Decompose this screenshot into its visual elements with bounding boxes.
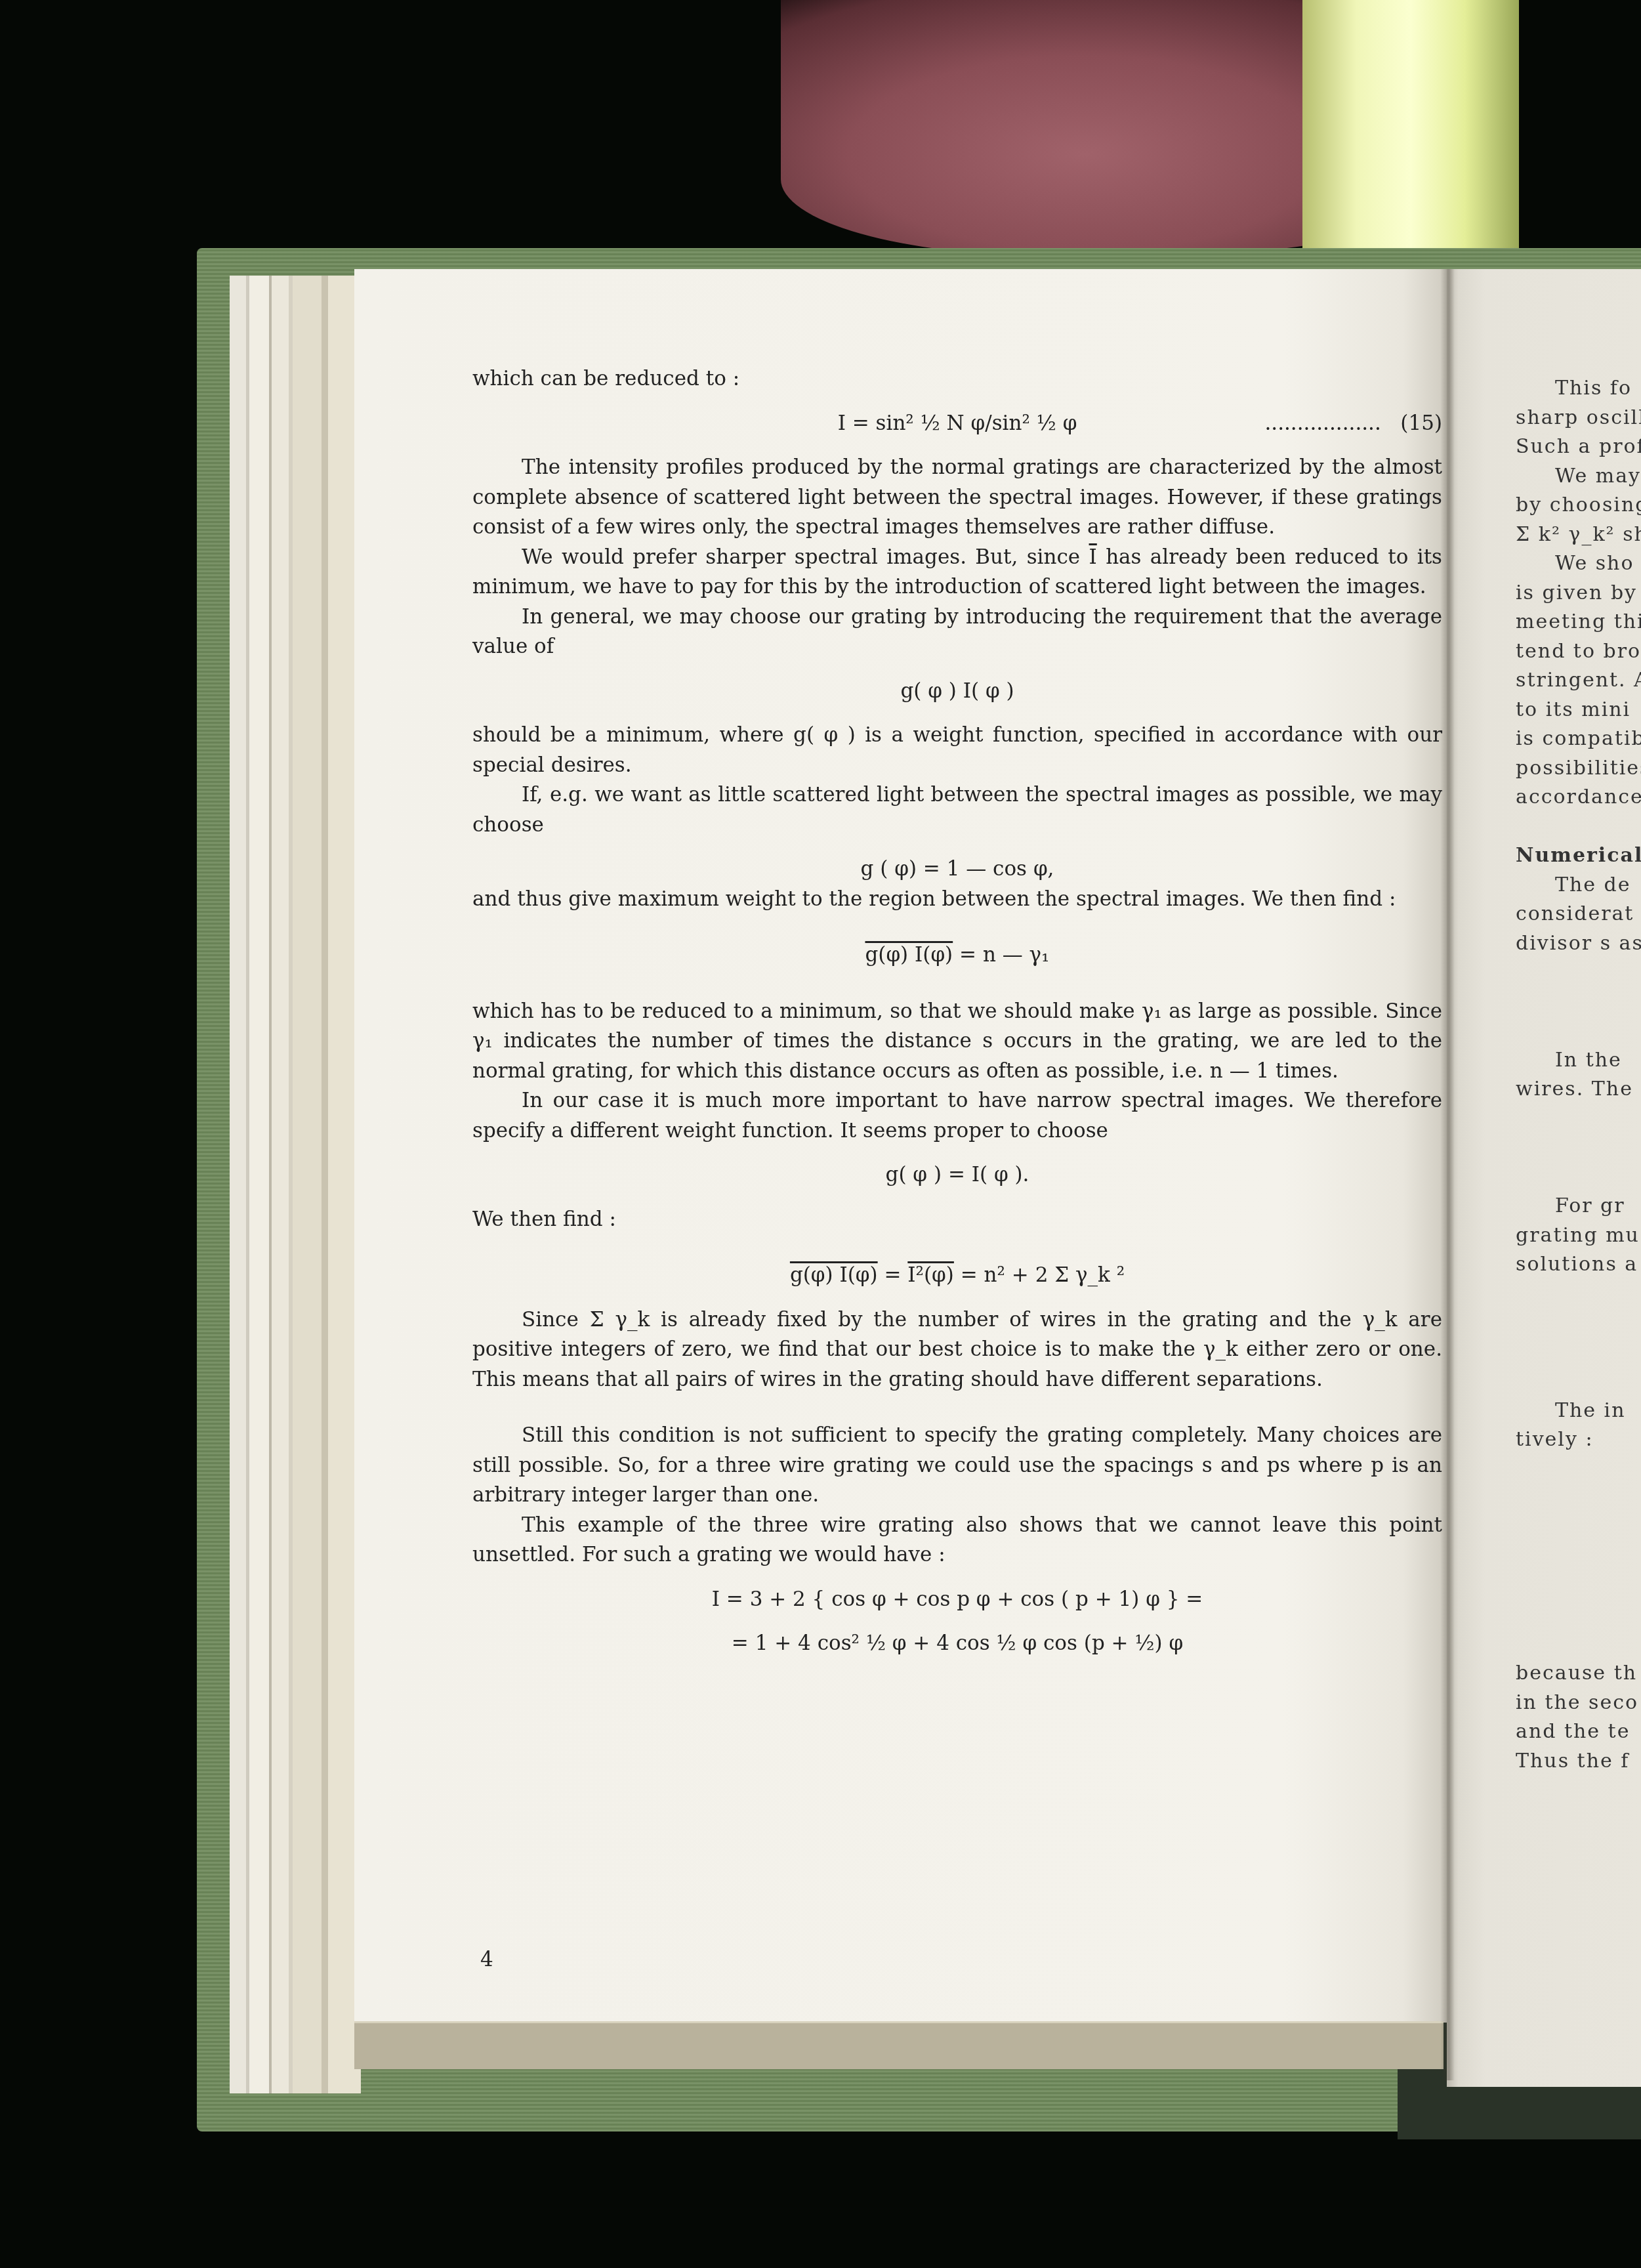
right-page-line: This fo [1516,374,1641,404]
right-page-line [1516,1455,1641,1484]
paragraph: which can be reduced to : [472,364,1442,394]
right-page-line: is compatib [1516,724,1641,754]
paragraph: and thus give maximum weight to the regi… [472,885,1442,915]
paragraph: We then find : [472,1205,1442,1235]
right-page-line [1516,1163,1641,1192]
right-page-line: Thus the f [1516,1747,1641,1776]
page-number: 4 [480,1948,493,1971]
right-page-line: because th [1516,1659,1641,1689]
right-page-line: Numerical [1516,841,1641,871]
right-page-line: stringent. A [1516,666,1641,696]
right-page-line: solutions a [1516,1250,1641,1280]
right-page-line: For gr [1516,1192,1641,1221]
right-page-line [1516,988,1641,1017]
right-page-line: meeting thi [1516,608,1641,637]
right-page-line: wires. The [1516,1075,1641,1104]
right-page-line: sharp oscill [1516,404,1641,433]
right-page-line: to its mini [1516,696,1641,725]
paragraph: The intensity profiles produced by the n… [472,453,1442,543]
right-page-line: The de [1516,871,1641,900]
equation: = 1 + 4 cos² ½ φ + 4 cos ½ φ cos (p + ½)… [472,1629,1442,1659]
right-page-line [1516,1601,1641,1630]
equation: g ( φ) = 1 — cos φ, [472,854,1442,885]
equation-15: I = sin² ½ N φ/sin² ½ φ ................… [472,409,1442,439]
equation-number: .................. (15) [1264,409,1442,439]
right-page-line [1516,812,1641,842]
right-page-line [1516,1017,1641,1046]
paragraph: We would prefer sharper spectral images.… [472,543,1442,602]
equation: g(φ) I(φ) = n — γ₁ [472,940,1442,971]
paragraph: Since Σ γ_k is already fixed by the numb… [472,1305,1442,1395]
right-page-text: This fosharp oscillSuch a profWe mayby c… [1516,374,1641,1776]
right-page-line: is given by [1516,579,1641,608]
right-page-line: In the [1516,1046,1641,1076]
book-gutter [1440,269,1455,2080]
right-page-line: and the te [1516,1717,1641,1747]
right-page-line: accordance [1516,783,1641,812]
right-page-line: grating mu [1516,1221,1641,1251]
paragraph: Still this condition is not sufficient t… [472,1421,1442,1511]
right-page-line [1516,958,1641,988]
right-page-line [1516,1542,1641,1572]
page-block-edge [230,276,361,2093]
right-page-line [1516,1630,1641,1660]
equation: I = 3 + 2 { cos φ + cos p φ + cos ( p + … [472,1585,1442,1615]
right-page-line [1516,1367,1641,1396]
paragraph: This example of the three wire grating a… [472,1511,1442,1570]
paragraph: If, e.g. we want as little scattered lig… [472,780,1442,840]
right-page-line: The in [1516,1396,1641,1426]
right-page-line [1516,1280,1641,1309]
paragraph: should be a minimum, where g( φ ) is a w… [472,721,1442,780]
right-page-line [1516,1513,1641,1543]
right-page-line: Σ k² γ_k² sh [1516,520,1641,550]
right-page-line: in the seco [1516,1689,1641,1718]
light-strip [1302,0,1519,249]
paragraph: In our case it is much more important to… [472,1086,1442,1146]
left-page-text: which can be reduced to : I = sin² ½ N φ… [472,364,1442,1659]
paragraph: which has to be reduced to a minimum, so… [472,997,1442,1087]
right-page-line: considerat c [1516,900,1641,929]
right-page-line [1516,1484,1641,1513]
right-page-line: tend to bro [1516,637,1641,667]
right-page-line [1516,1133,1641,1163]
equation-text: I = sin² ½ N φ/sin² ½ φ [838,411,1077,435]
paragraph: In general, we may choose our grating by… [472,602,1442,662]
i-bar-symbol: I [1089,545,1097,569]
right-page-line [1516,1104,1641,1134]
right-page-line [1516,1309,1641,1338]
equation: g( φ ) I( φ ) [472,677,1442,707]
equation: g( φ ) = I( φ ). [472,1160,1442,1190]
right-page-line [1516,1338,1641,1368]
right-page-line: possibilities [1516,754,1641,784]
right-page-line: tively : [1516,1425,1641,1455]
right-page-line [1516,1572,1641,1601]
right-page-line: by choosing [1516,491,1641,520]
page-bottom-edge [354,2021,1444,2069]
right-page-line: Such a prof [1516,432,1641,462]
right-page-line: We may [1516,462,1641,492]
equation: g(φ) I(φ) = I²(φ) = n² + 2 Σ γ_k ² [472,1261,1442,1291]
right-page-line: divisor s as [1516,929,1641,959]
right-page-line: We sho [1516,549,1641,579]
